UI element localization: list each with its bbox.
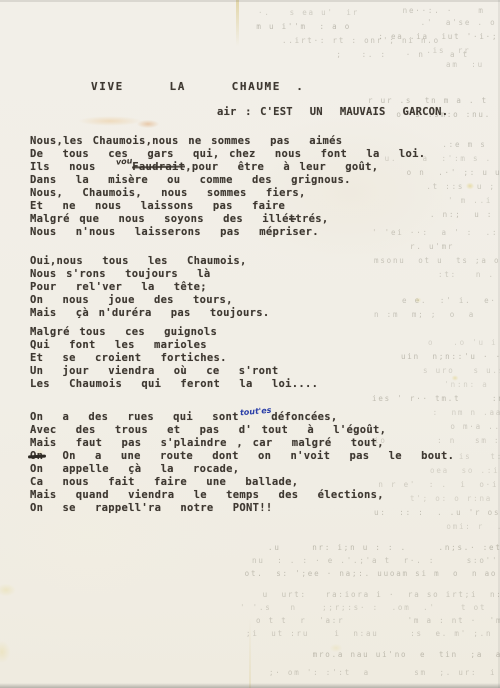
- typed-text: Et se croient fortiches.: [30, 352, 227, 364]
- bleed-text-fragment: ne··:. · m: [390, 6, 491, 15]
- poem-line: Nous,les Chaumois,nous ne sommes pas aim…: [30, 135, 480, 148]
- poem-line: Qui font les marioles: [30, 339, 480, 352]
- struck-text: Faudrait: [132, 161, 185, 173]
- bleed-text-fragment: ;· om ': :':t a sm ;. ur: i s: [250, 668, 500, 677]
- fold-crease: [249, 618, 251, 688]
- typed-text: Et ne nous laissons pas faire: [30, 200, 285, 212]
- scan-edge: [0, 0, 500, 2]
- poem-line: Les Chaumois qui feront la loi....: [30, 378, 480, 391]
- typed-text: On a des rues qui sont: [30, 411, 239, 423]
- poem-line: Nous s'rons toujours là: [30, 268, 480, 281]
- poem-line: On On a une route dont on n'voit pas le …: [30, 450, 480, 463]
- poem-line: Et ne nous laissons pas faire: [30, 200, 480, 213]
- bleed-text-fragment: .u nr: i;n u : : . .n;s.· :ete: r: [268, 543, 500, 552]
- bleed-text-fragment: ot. s: ';ee · na;:. uuoam si m o n ao r·: [232, 569, 500, 578]
- poem-line: Oui,nous tous les Chaumois,: [30, 255, 480, 268]
- typed-text: On a une route dont on n'voit pas le bou…: [43, 450, 454, 462]
- stanza-2: Oui,nous tous les Chaumois,Nous s'rons t…: [30, 255, 480, 320]
- bleed-text-fragment: nu : . : · e .'.;'a t r·. : s:o'' a·u: [252, 556, 500, 565]
- typed-text: Mais quand viendra le temps des élection…: [30, 489, 384, 501]
- poem-line: Nous, Chaumois, nous sommes fiers,: [30, 187, 480, 200]
- pen-struck-text: On: [30, 450, 43, 462]
- bleed-text-fragment: ..irt·: rt : onr'; ni n.o: [282, 36, 459, 45]
- typed-text: Mais faut pas s'plaindre , car malgré to…: [30, 437, 384, 449]
- typed-text: On nous joue des tours,: [30, 294, 233, 306]
- typed-text: trés,: [295, 213, 328, 225]
- poem-line: Pour rel'ver la tête;: [30, 281, 480, 294]
- bleed-text-fragment: m u i''m : a o: [250, 22, 364, 31]
- bleed-text-fragment: r ur .s tn m a . t: [368, 96, 494, 105]
- typed-text: Nous, Chaumois, nous sommes fiers,: [30, 187, 306, 199]
- typed-text: Ils nous: [30, 161, 115, 173]
- poem-line: Ca nous fait faire une ballade,: [30, 476, 480, 489]
- poem-line: Et se croient fortiches.: [30, 352, 480, 365]
- poem-line: Malgré que nous soyons des illéttrés,: [30, 213, 480, 226]
- poem-line: Mais faut pas s'plaindre , car malgré to…: [30, 437, 480, 450]
- stanzas: Nous,les Chaumois,nous ne sommes pas aim…: [30, 135, 480, 515]
- bleed-text-fragment: .is rr: [420, 46, 500, 55]
- typed-text: Malgré tous ces guignols: [30, 326, 217, 338]
- handwritten-insertion-blue: tout'es: [239, 407, 271, 418]
- poem-line: On se rappell'ra notre PONT!!: [30, 502, 480, 515]
- typed-text: Malgré que nous soyons des illé: [30, 213, 289, 225]
- poem-line: Malgré tous ces guignols: [30, 326, 480, 339]
- bleed-text-fragment: : ea .ia iut '·i·;: [372, 32, 498, 41]
- typed-text: Mais çà n'duréra pas toujours.: [30, 307, 270, 319]
- typed-text: Les Chaumois qui feront la loi....: [30, 378, 318, 390]
- bleed-text-fragment: omi: r .: [440, 522, 500, 531]
- typed-text: défoncées,: [271, 411, 337, 423]
- poem-line: Avec des trous et pas d' tout à l'égoût,: [30, 424, 480, 437]
- fold-crease: [236, 0, 239, 46]
- song-title: VIVE LA CHAUME .: [91, 80, 304, 93]
- stanza-3: Malgré tous ces guignolsQui font les mar…: [30, 326, 480, 391]
- bleed-text-fragment: ·. s ea u' ir: [258, 8, 359, 17]
- typed-text: Nous s'rons toujours là: [30, 268, 211, 280]
- bleed-text-fragment: ' '.s n ;;r;:s· : .om .' t ot ;:: [240, 603, 500, 612]
- bleed-text-fragment: o t t r 'a:r 'm a : nt · 'ma:: [256, 616, 500, 625]
- bleed-text-fragment: ;i ut :ru i n:au :s e. m' ;.n o e: [246, 629, 500, 638]
- handwritten-correction: vou: [116, 157, 133, 166]
- bleed-text-fragment: am :u: [446, 60, 500, 69]
- typed-text: Avec des trous et pas d' tout à l'égoût,: [30, 424, 386, 436]
- typed-text: Nous n'nous laisserons pas mépriser.: [30, 226, 319, 238]
- poem-line: On a des rues qui sonttout'esdéfoncées,: [30, 411, 480, 424]
- typed-text: Ca nous fait faire une ballade,: [30, 476, 298, 488]
- scan-edge: [0, 683, 500, 688]
- poem-line: Un jour viendra où ce s'ront: [30, 365, 480, 378]
- typed-text: ,pour être à leur goût,: [185, 161, 378, 173]
- poem-line: Nous n'nous laisserons pas mépriser.: [30, 226, 480, 239]
- air-reference: air : C'EST UN MAUVAIS GARCON.: [217, 106, 448, 119]
- typed-text: Nous,les Chaumois,nous ne sommes pas aim…: [30, 135, 342, 147]
- bleed-text-fragment: u urt: ra:iora i · ra so irt;i n: :': [250, 590, 500, 599]
- typed-text: Oui,nous tous les Chaumois,: [30, 255, 247, 267]
- poem-line: Ils nous vouFaudrait,pour être à leur go…: [30, 161, 480, 174]
- poem-line: Mais quand viendra le temps des élection…: [30, 489, 480, 502]
- poem-line: De tous ces gars qui, chez nous font la …: [30, 148, 480, 161]
- poem-line: Dans la misère ou comme des grignous.: [30, 174, 480, 187]
- bleed-text-fragment: mro.a nau ui'no e tin ;a a: [300, 650, 500, 659]
- typed-text: On appelle çà la rocade,: [30, 463, 239, 475]
- typed-text: Pour rel'ver la tête;: [30, 281, 207, 293]
- typed-text: On se rappell'ra notre PONT!!: [30, 502, 273, 514]
- scanned-song-sheet: ·. s ea u' ir m u i''m : a o ..irt·: rt …: [0, 0, 500, 688]
- typed-text: Dans la misère ou comme des grignous.: [30, 174, 351, 186]
- bleed-text-fragment: .' a'se . o: [408, 18, 500, 27]
- bleed-text-fragment: ; :. : · n a t: [330, 50, 469, 59]
- poem-line: Mais çà n'duréra pas toujours.: [30, 307, 480, 320]
- typed-text: Un jour viendra où ce s'ront: [30, 365, 279, 377]
- stanza-4: On a des rues qui sonttout'esdéfoncées,A…: [30, 411, 480, 515]
- typed-text: De tous ces gars qui, chez nous font la …: [30, 148, 425, 160]
- typed-text: Qui font les marioles: [30, 339, 207, 351]
- stanza-1: Nous,les Chaumois,nous ne sommes pas aim…: [30, 135, 480, 239]
- poem-line: On nous joue des tours,: [30, 294, 480, 307]
- poem-line: On appelle çà la rocade,: [30, 463, 480, 476]
- struck-text: t: [289, 213, 296, 225]
